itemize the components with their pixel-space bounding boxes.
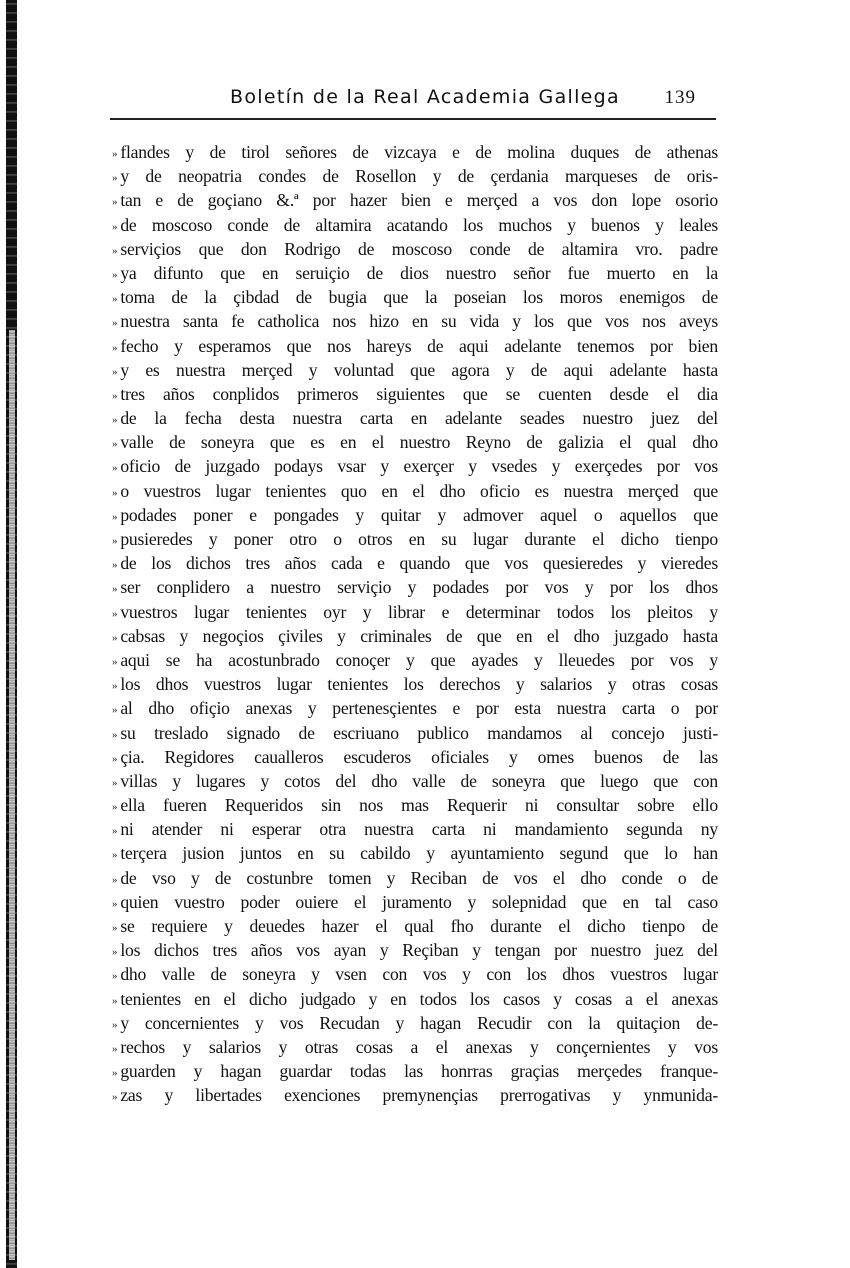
quote-marker: » bbox=[112, 535, 117, 547]
quote-marker: » bbox=[112, 366, 117, 378]
quote-marker: » bbox=[112, 608, 117, 620]
line-text: pusieredes y poner otro o otros en su lu… bbox=[120, 529, 718, 549]
text-line: »toma de la çibdad de bugia que la posei… bbox=[112, 285, 718, 309]
line-text: çia. Regidores caualleros escuderos ofic… bbox=[120, 747, 718, 767]
line-text: serviçios que don Rodrigo de moscoso con… bbox=[120, 239, 718, 259]
line-text: se requiere y deuedes hazer el qual fho … bbox=[120, 916, 718, 936]
line-text: ya difunto que en seruiçio de dios nuest… bbox=[120, 263, 718, 283]
text-line: »dho valle de soneyra y vsen con vos y c… bbox=[112, 962, 718, 986]
quote-marker: » bbox=[112, 995, 117, 1007]
text-line: »ni atender ni esperar otra nuestra cart… bbox=[112, 817, 718, 841]
quote-marker: » bbox=[112, 293, 117, 305]
line-text: quien vuestro poder ouiere el juramento … bbox=[120, 892, 718, 912]
quote-marker: » bbox=[112, 462, 117, 474]
quote-marker: » bbox=[112, 656, 117, 668]
line-text: flandes y de tirol señores de vizcaya e … bbox=[120, 142, 718, 162]
quote-marker: » bbox=[112, 632, 117, 644]
quote-marker: » bbox=[112, 1067, 117, 1079]
text-line: »y de neopatria condes de Rosellon y de … bbox=[112, 164, 718, 188]
line-text: rechos y salarios y otras cosas a el ane… bbox=[120, 1037, 718, 1057]
text-line: »de la fecha desta nuestra carta en adel… bbox=[112, 406, 718, 430]
document-body: »flandes y de tirol señores de vizcaya e… bbox=[112, 140, 718, 1108]
quote-marker: » bbox=[112, 172, 117, 184]
line-text: o vuestros lugar tenientes quo en el dho… bbox=[120, 481, 718, 501]
line-text: aqui se ha acostunbrado conoçer y que ay… bbox=[120, 650, 718, 670]
quote-marker: » bbox=[112, 511, 117, 523]
line-text: los dichos tres años vos ayan y Reçiban … bbox=[120, 940, 718, 960]
line-text: ni atender ni esperar otra nuestra carta… bbox=[120, 819, 718, 839]
line-text: y es nuestra merçed y voluntad que agora… bbox=[120, 360, 718, 380]
line-text: y de neopatria condes de Rosellon y de ç… bbox=[120, 166, 718, 186]
line-text: de moscoso conde de altamira acatando lo… bbox=[120, 215, 718, 235]
text-line: »zas y libertades exenciones premynençia… bbox=[112, 1083, 718, 1107]
quote-marker: » bbox=[112, 414, 117, 426]
text-line: »valle de soneyra que es en el nuestro R… bbox=[112, 430, 718, 454]
text-line: »rechos y salarios y otras cosas a el an… bbox=[112, 1035, 718, 1059]
quote-marker: » bbox=[112, 342, 117, 354]
line-text: villas y lugares y cotos del dho valle d… bbox=[120, 771, 718, 791]
text-line: »de vso y de costunbre tomen y Reciban d… bbox=[112, 866, 718, 890]
quote-marker: » bbox=[112, 922, 117, 934]
text-line: »oficio de juzgado podays vsar y exerçer… bbox=[112, 454, 718, 478]
text-line: »al dho ofiçio anexas y pertenesçientes … bbox=[112, 696, 718, 720]
text-line: »de moscoso conde de altamira acatando l… bbox=[112, 213, 718, 237]
text-line: »tres años conplidos primeros siguientes… bbox=[112, 382, 718, 406]
quote-marker: » bbox=[112, 317, 117, 329]
text-line: »pusieredes y poner otro o otros en su l… bbox=[112, 527, 718, 551]
quote-marker: » bbox=[112, 753, 117, 765]
text-line: »se requiere y deuedes hazer el qual fho… bbox=[112, 914, 718, 938]
quote-marker: » bbox=[112, 898, 117, 910]
line-text: de vso y de costunbre tomen y Reciban de… bbox=[120, 868, 718, 888]
text-line: »tan e de goçiano &.ª por hazer bien e m… bbox=[112, 188, 718, 212]
line-text: guarden y hagan guardar todas las honrra… bbox=[120, 1061, 718, 1081]
quote-marker: » bbox=[112, 245, 117, 257]
running-title: Boletín de la Real Academia Gallega bbox=[230, 86, 620, 108]
text-line: »fecho y esperamos que nos hareys de aqu… bbox=[112, 334, 718, 358]
quote-marker: » bbox=[112, 438, 117, 450]
text-line: »su treslado signado de escriuano public… bbox=[112, 721, 718, 745]
line-text: y concernientes y vos Recudan y hagan Re… bbox=[120, 1013, 718, 1033]
line-text: oficio de juzgado podays vsar y exerçer … bbox=[120, 456, 718, 476]
text-line: »ella fueren Requeridos sin nos mas Requ… bbox=[112, 793, 718, 817]
line-text: nuestra santa fe catholica nos hizo en s… bbox=[120, 311, 718, 331]
text-line: »nuestra santa fe catholica nos hizo en … bbox=[112, 309, 718, 333]
quote-marker: » bbox=[112, 874, 117, 886]
quote-marker: » bbox=[112, 269, 117, 281]
quote-marker: » bbox=[112, 583, 117, 595]
text-line: »podades poner e pongades y quitar y adm… bbox=[112, 503, 718, 527]
quote-marker: » bbox=[112, 1091, 117, 1103]
quote-marker: » bbox=[112, 1043, 117, 1055]
quote-marker: » bbox=[112, 825, 117, 837]
line-text: terçera jusion juntos en su cabildo y ay… bbox=[120, 843, 718, 863]
line-text: podades poner e pongades y quitar y admo… bbox=[120, 505, 718, 525]
text-line: »quien vuestro poder ouiere el juramento… bbox=[112, 890, 718, 914]
line-text: los dhos vuestros lugar tenientes los de… bbox=[120, 674, 718, 694]
line-text: ella fueren Requeridos sin nos mas Reque… bbox=[120, 795, 718, 815]
text-line: »cabsas y negoçios çiviles y criminales … bbox=[112, 624, 718, 648]
line-text: zas y libertades exenciones premynençias… bbox=[120, 1085, 718, 1105]
quote-marker: » bbox=[112, 849, 117, 861]
line-text: tan e de goçiano &.ª por hazer bien e me… bbox=[120, 190, 718, 210]
text-line: »o vuestros lugar tenientes quo en el dh… bbox=[112, 479, 718, 503]
line-text: su treslado signado de escriuano publico… bbox=[120, 723, 718, 743]
scan-edge-shadow bbox=[6, 0, 17, 1268]
page-number: 139 bbox=[665, 87, 697, 109]
line-text: valle de soneyra que es en el nuestro Re… bbox=[120, 432, 718, 452]
text-line: »ser conplidero a nuestro serviçio y pod… bbox=[112, 575, 718, 599]
text-line: »terçera jusion juntos en su cabildo y a… bbox=[112, 841, 718, 865]
quote-marker: » bbox=[112, 680, 117, 692]
line-text: dho valle de soneyra y vsen con vos y co… bbox=[120, 964, 718, 984]
text-line: »y es nuestra merçed y voluntad que agor… bbox=[112, 358, 718, 382]
quote-marker: » bbox=[112, 390, 117, 402]
text-line: »villas y lugares y cotos del dho valle … bbox=[112, 769, 718, 793]
text-line: »çia. Regidores caualleros escuderos ofi… bbox=[112, 745, 718, 769]
line-text: tres años conplidos primeros siguientes … bbox=[120, 384, 718, 404]
line-text: toma de la çibdad de bugia que la poseia… bbox=[120, 287, 718, 307]
text-line: »los dichos tres años vos ayan y Reçiban… bbox=[112, 938, 718, 962]
quote-marker: » bbox=[112, 946, 117, 958]
quote-marker: » bbox=[112, 196, 117, 208]
text-line: »y concernientes y vos Recudan y hagan R… bbox=[112, 1011, 718, 1035]
text-line: »los dhos vuestros lugar tenientes los d… bbox=[112, 672, 718, 696]
line-text: de los dichos tres años cada e quando qu… bbox=[120, 553, 718, 573]
quote-marker: » bbox=[112, 970, 117, 982]
line-text: fecho y esperamos que nos hareys de aqui… bbox=[120, 336, 718, 356]
text-line: »flandes y de tirol señores de vizcaya e… bbox=[112, 140, 718, 164]
line-text: vuestros lugar tenientes oyr y librar e … bbox=[120, 602, 718, 622]
quote-marker: » bbox=[112, 801, 117, 813]
quote-marker: » bbox=[112, 148, 117, 160]
text-line: »serviçios que don Rodrigo de moscoso co… bbox=[112, 237, 718, 261]
quote-marker: » bbox=[112, 729, 117, 741]
quote-marker: » bbox=[112, 221, 117, 233]
text-line: »aqui se ha acostunbrado conoçer y que a… bbox=[112, 648, 718, 672]
quote-marker: » bbox=[112, 704, 117, 716]
scan-edge-noise bbox=[9, 330, 15, 1260]
line-text: al dho ofiçio anexas y pertenesçientes e… bbox=[120, 698, 718, 718]
text-line: »vuestros lugar tenientes oyr y librar e… bbox=[112, 600, 718, 624]
text-line: »guarden y hagan guardar todas las honrr… bbox=[112, 1059, 718, 1083]
quote-marker: » bbox=[112, 559, 117, 571]
quote-marker: » bbox=[112, 1019, 117, 1031]
quote-marker: » bbox=[112, 487, 117, 499]
header-rule bbox=[110, 118, 716, 120]
line-text: ser conplidero a nuestro serviçio y poda… bbox=[120, 577, 718, 597]
line-text: tenientes en el dicho judgado y en todos… bbox=[120, 989, 718, 1009]
line-text: de la fecha desta nuestra carta en adela… bbox=[120, 408, 718, 428]
text-line: »tenientes en el dicho judgado y en todo… bbox=[112, 987, 718, 1011]
text-line: »de los dichos tres años cada e quando q… bbox=[112, 551, 718, 575]
line-text: cabsas y negoçios çiviles y criminales d… bbox=[120, 626, 718, 646]
page-header: Boletín de la Real Academia Gallega 139 bbox=[110, 84, 716, 116]
text-line: »ya difunto que en seruiçio de dios nues… bbox=[112, 261, 718, 285]
quote-marker: » bbox=[112, 777, 117, 789]
